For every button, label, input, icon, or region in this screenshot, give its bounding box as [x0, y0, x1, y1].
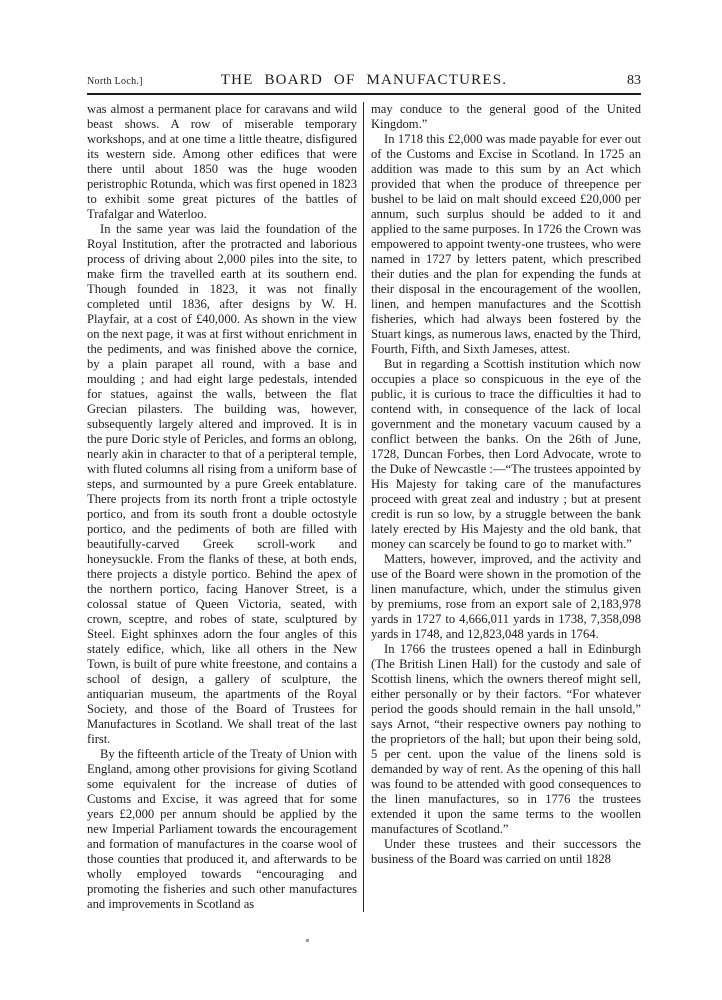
paragraph: In 1718 this £2,000 was made payable for… [371, 132, 641, 357]
page-title: THE BOARD OF MANUFACTURES. [207, 72, 521, 89]
page-number: 83 [521, 73, 641, 89]
paragraph: Under these trustees and their successor… [371, 837, 641, 867]
paragraph: Matters, however, improved, and the acti… [371, 552, 641, 642]
paragraph: may conduce to the general good of the U… [371, 102, 641, 132]
book-page: North Loch.] THE BOARD OF MANUFACTURES. … [87, 72, 641, 912]
running-head-left: North Loch.] [87, 76, 207, 87]
running-header: North Loch.] THE BOARD OF MANUFACTURES. … [87, 72, 641, 95]
scan-artifact-speck [306, 939, 309, 942]
right-column: may conduce to the general good of the U… [364, 102, 641, 912]
text-columns: was almost a permanent place for caravan… [87, 102, 641, 912]
paragraph: In 1766 the trustees opened a hall in Ed… [371, 642, 641, 837]
paragraph: was almost a permanent place for caravan… [87, 102, 357, 222]
left-column: was almost a permanent place for caravan… [87, 102, 364, 912]
paragraph: But in regarding a Scottish institution … [371, 357, 641, 552]
paragraph: In the same year was laid the foundation… [87, 222, 357, 747]
paragraph: By the fifteenth article of the Treaty o… [87, 747, 357, 912]
